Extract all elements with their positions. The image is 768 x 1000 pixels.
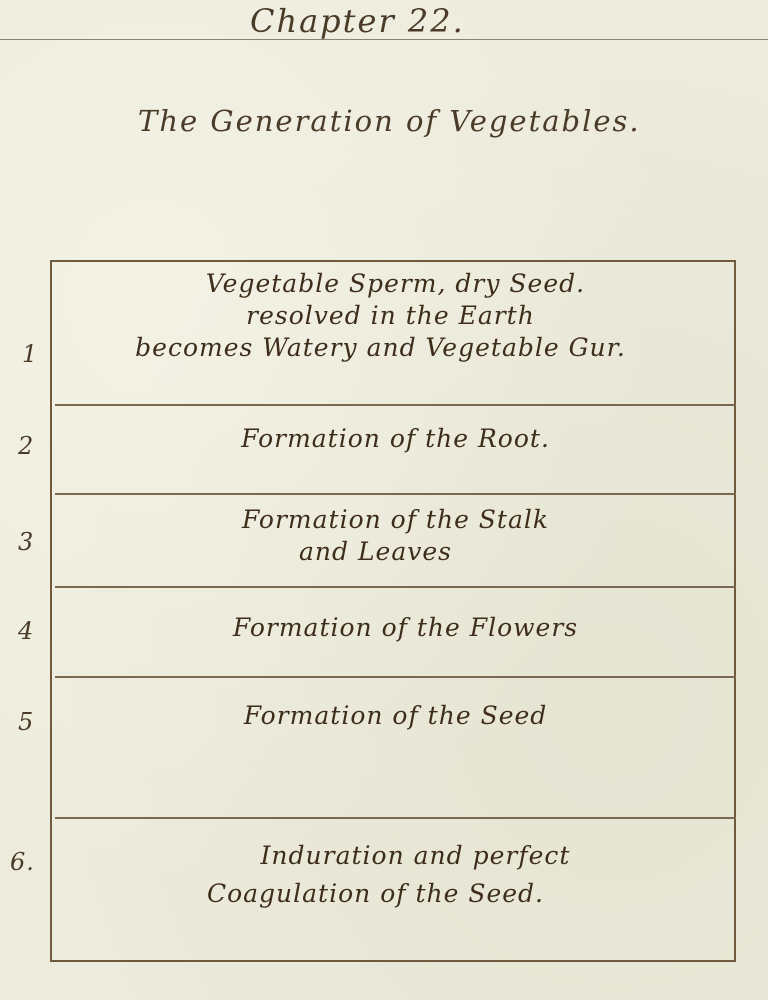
row-text: Formation of the Root. <box>55 423 736 455</box>
row-line: Formation of the Root. <box>55 423 736 455</box>
chapter-heading: Chapter 22. <box>250 2 465 40</box>
row-line: becomes Watery and Vegetable Gur. <box>15 332 746 364</box>
row-text: Formation of the Stalk and Leaves <box>55 504 736 568</box>
row-text: Vegetable Sperm, dry Seed. resolved in t… <box>55 268 746 364</box>
row-line: Coagulation of the Seed. <box>15 878 736 910</box>
row-divider <box>55 404 736 406</box>
row-divider <box>55 817 736 819</box>
row-text: Formation of the Seed <box>55 700 736 732</box>
row-line: Vegetable Sperm, dry Seed. <box>45 268 746 300</box>
row-divider <box>55 676 736 678</box>
row-text: Induration and perfect Coagulation of th… <box>55 840 736 910</box>
row-line: Formation of the Flowers <box>65 612 746 644</box>
page-title: The Generation of Vegetables. <box>138 104 641 138</box>
row-divider <box>55 493 736 495</box>
row-number: 6. <box>10 848 35 876</box>
row-line: Formation of the Seed <box>55 700 736 732</box>
row-line: Induration and perfect <box>95 840 736 872</box>
row-number: 4 <box>18 617 34 645</box>
row-number: 2 <box>18 432 34 460</box>
row-number: 5 <box>18 708 34 736</box>
row-text: Formation of the Flowers <box>55 612 746 644</box>
row-line: Formation of the Stalk <box>55 504 736 536</box>
row-line: and Leaves <box>15 536 736 568</box>
row-divider <box>55 586 736 588</box>
row-line: resolved in the Earth <box>35 300 746 332</box>
